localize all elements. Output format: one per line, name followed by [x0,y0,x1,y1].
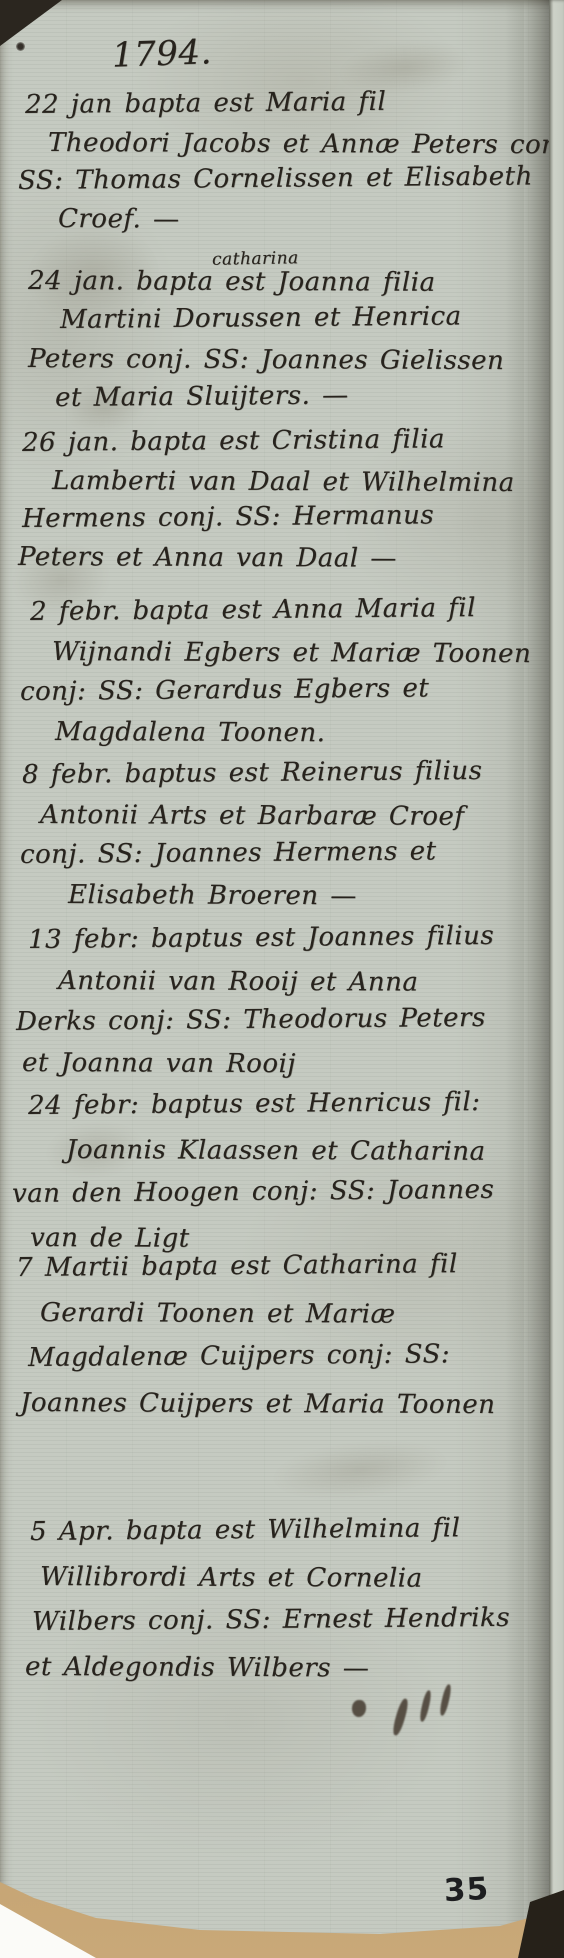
entry-line: Magdalena Toonen. [55,712,546,754]
baptism-entry-3: 26 jan. bapta est Cristina filia Lambert… [0,424,546,576]
page-number: 35 [443,1871,490,1909]
entry-line: Hermens conj. SS: Hermanus [22,495,546,538]
entry-line: SS: Thomas Cornelissen et Elisabeth [18,157,546,200]
entry-line: Elisabeth Broeren — [68,875,546,917]
baptism-entry-6: 13 febr: baptus est Joannes filius Anton… [0,920,546,1084]
baptism-entry-1: 22 jan bapta est Maria fil Theodori Jaco… [0,86,546,238]
entry-line: 22 jan bapta est Maria fil [25,81,546,124]
entry-line: Martini Dorussen et Henrica [60,297,546,340]
entry-line: Derks conj: SS: Theodorus Peters [16,997,546,1043]
entry-line: 8 febr. baptus est Reinerus filius [22,750,546,795]
baptism-entry-7: 24 febr: baptus est Henricus fil: Joanni… [0,1084,546,1260]
entry-line: Gerardi Toonen et Mariæ [40,1291,546,1338]
entry-line: 2 febr. bapta est Anna Maria fil [30,587,546,632]
entry-line: 26 jan. bapta est Cristina filia [22,419,546,462]
paper-hole [16,42,25,51]
entry-line: Croef. — [58,200,546,240]
entry-line: Magdalenæ Cuijpers conj: SS: [28,1331,546,1381]
book-scan: 1794. 22 jan bapta est Maria fil Theodor… [0,0,564,1958]
entry-line: 24 febr: baptus est Henricus fil: [28,1079,546,1128]
entry-line: et Maria Sluijters. — [55,375,546,418]
baptism-entry-5: 8 febr. baptus est Reinerus filius Anton… [0,755,546,915]
entry-line: 7 Martii bapta est Catharina fil [16,1241,546,1291]
entry-line: conj: SS: Gerardus Egbers et [20,667,546,712]
baptism-entry-4: 2 febr. bapta est Anna Maria fil Wijnand… [0,592,546,752]
manuscript-page: 1794. 22 jan bapta est Maria fil Theodor… [0,0,564,1958]
baptism-entry-2: catharina 24 jan. bapta est Joanna filia… [0,262,546,418]
entry-line: Joannes Cuijpers et Maria Toonen [20,1381,546,1428]
entry-line: conj. SS: Joannes Hermens et [20,830,546,875]
next-page-edge [548,0,564,1936]
entry-line: 5 Apr. bapta est Wilhelmina fil [30,1505,546,1555]
entry-line: van den Hoogen conj: SS: Joannes [12,1167,546,1216]
year-heading: 1794. [111,32,212,75]
bleedthrough-mark [257,1430,462,1511]
entry-line: et Aldegondis Wilbers — [25,1645,546,1692]
baptism-entry-9: 5 Apr. bapta est Wilhelmina fil Willibro… [0,1510,546,1690]
ink-smudge [352,1690,512,1740]
entry-line: Willibrordi Arts et Cornelia [40,1555,546,1602]
baptism-entry-8: 7 Martii bapta est Catharina fil Gerardi… [0,1246,546,1426]
entry-line: Peters et Anna van Daal — [18,538,546,578]
entry-line: 13 febr: baptus est Joannes filius [28,915,546,961]
entry-line: Wilbers conj. SS: Ernest Hendriks [32,1596,546,1645]
